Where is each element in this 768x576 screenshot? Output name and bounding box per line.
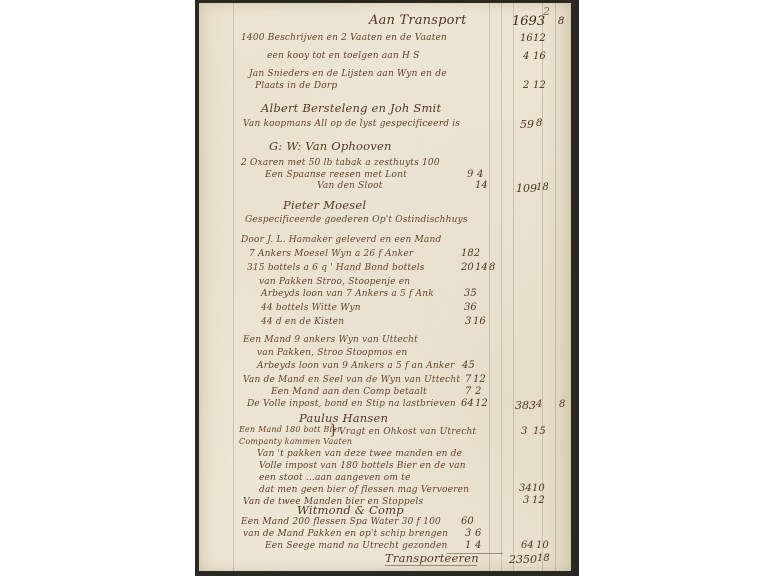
entry-text: Van de Mand en Seel van de Wyn van Uttec… [243, 375, 460, 385]
entry-stuivers: 12 [533, 33, 546, 44]
entry-guilders: 3 [521, 426, 527, 437]
entry-text: van de Mand Pakken en op't schip brengen [243, 529, 448, 539]
entry-text: van Pakken, Stroo Stoopmos en [257, 348, 407, 358]
entry-text: 315 bottels a 6 q ' Hand Bond bottels [247, 263, 425, 273]
entry-text: Plaats in de Dorp [255, 81, 337, 91]
entry-guilders: 36 [464, 302, 477, 313]
section-heading: Pieter Moesel [283, 198, 366, 212]
entry-text: dat men geen bier of flessen mag Vervoer… [259, 485, 469, 495]
margin-rule [233, 3, 234, 571]
entry-guilders: 20 [461, 262, 474, 273]
entry-stuivers: 6 [475, 528, 481, 539]
entry-text: Jan Snieders en de Lijsten aan Wyn en de [249, 69, 447, 79]
section-heading: G: W: Van Ophooven [269, 139, 392, 153]
entry-guilders: 35 [464, 288, 477, 299]
entry-text: Arbeyds loon van 7 Ankers a 5 f Ank [261, 289, 434, 299]
column-rule [513, 3, 514, 571]
entry-guilders: 59 [520, 118, 534, 131]
entry-text: Een Mand 200 flessen Spa Water 30 f 100 [241, 517, 441, 527]
entry-text: Van koopmans All op de lyst gespecificee… [243, 119, 460, 129]
entry-text: Een Mand 180 bott Bier [239, 425, 341, 434]
header-amount-guilders: 1693 [512, 14, 545, 29]
entry-stuivers: 4 [477, 169, 483, 180]
entry-guilders: 16 [520, 33, 533, 44]
entry-stuivers: 16 [533, 51, 546, 62]
section-total-stuivers: 10 [536, 540, 549, 551]
column-rule [555, 3, 556, 571]
entry-guilders: 7 [465, 386, 471, 397]
entry-guilders: 2 [523, 80, 529, 91]
header-amount-penningen: 8 [558, 16, 564, 27]
footer-underline [385, 565, 477, 566]
section-heading: Albert Bersteleng en Joh Smit [261, 101, 441, 115]
column-rule [501, 3, 502, 571]
section-total-guilders: 383 [515, 399, 536, 412]
entry-stuivers: 12 [533, 80, 546, 91]
entry-stuivers: 16 [473, 316, 486, 327]
entry-stuivers: 12 [532, 495, 545, 506]
entry-guilders: 3 [523, 495, 529, 506]
section-total-guilders: 109 [516, 182, 537, 195]
section-total-stuivers: 18 [536, 182, 549, 193]
entry-guilders: 64 [461, 398, 474, 409]
entry-guilders: 4 [523, 51, 529, 62]
footer-label: Transporteeren [385, 551, 479, 565]
section-total-stuivers: 4 [536, 399, 542, 410]
footer-total-stuivers: 18 [537, 553, 550, 564]
entry-stuivers: 12 [475, 398, 488, 409]
entry-text: 2 Oxaren met 50 lb tabak a zesthuyts 100 [241, 158, 440, 168]
section-heading: Witmond & Comp [297, 503, 404, 517]
entry-guilders: 34 [519, 483, 532, 494]
entry-text: 1400 Beschrijven en 2 Vaaten en de Vaate… [241, 33, 447, 43]
brace: } [329, 422, 338, 438]
entry-text: Volle impost van 180 bottels Bier en de … [259, 461, 466, 471]
entry-text: Arbeyds loon van 9 Ankers a 5 f an Anker [257, 361, 455, 371]
entry-text: Van den Sloot [317, 181, 383, 191]
entry-stuivers: 10 [532, 483, 545, 494]
entry-stuivers: 14 [475, 262, 488, 273]
section-subtitle: Gespecificeerde goederen Op't Ostindisch… [245, 215, 468, 225]
entry-guilders: 60 [461, 516, 474, 527]
entry-guilders: 7 [465, 374, 471, 385]
entry-text: een kooy tot en toelgen aan H S [267, 51, 420, 61]
entry-guilders: 1 [465, 540, 471, 551]
entry-stuivers: 12 [473, 374, 486, 385]
entry-text: 7 Ankers Moesel Wyn a 26 f Anker [249, 249, 413, 259]
entry-guilders: 45 [462, 360, 475, 371]
entry-text: Een Spaanse reesen met Lont [265, 170, 407, 180]
footer-total-guilders: 2350 [509, 553, 537, 566]
entry-stuivers: 8 [536, 118, 542, 129]
entry-text: Door J. L. Hamaker geleverd en een Mand [241, 235, 441, 245]
ledger-page: 2 Aan Transport 1693 8 1400 Beschrijven … [199, 3, 571, 571]
entry-text: De Volle inpost, bond en Stip na lastbri… [247, 399, 456, 409]
entry-text: Companty kammen Vaaten [239, 437, 352, 446]
entry-text: een stoot ...aan aangeven om te [259, 473, 410, 483]
entry-stuivers: 2 [475, 386, 481, 397]
entry-text: Van 't pakken van deze twee manden en de [257, 449, 462, 459]
entry-guilders: 3 [465, 316, 471, 327]
section-total-penningen: 8 [559, 399, 565, 410]
entry-guilders: 3 [465, 528, 471, 539]
entry-guilders: 9 [467, 169, 473, 180]
entry-guilders: 182 [461, 248, 480, 259]
entry-text: Een Mand aan den Comp betaalt [271, 387, 427, 397]
entry-stuivers: 4 [475, 540, 481, 551]
column-rule [489, 3, 490, 571]
section-heading: Paulus Hansen [299, 411, 388, 425]
header-title: Aan Transport [369, 13, 467, 28]
entry-text: 44 d en de Kisten [261, 317, 344, 327]
entry-stuivers: 15 [533, 426, 546, 437]
entry-penningen: 8 [489, 262, 495, 273]
entry-text: Een Seege mand na Utrecht gezonden [265, 541, 448, 551]
entry-stuivers: 14 [475, 180, 488, 191]
entry-text: van Pakken Stroo, Stoopenje en [259, 277, 410, 287]
entry-text: Vragt en Ohkost van Utrecht [339, 427, 476, 437]
entry-text: Een Mand 9 ankers Wyn van Uttecht [243, 335, 418, 345]
entry-text: 44 bottels Witte Wyn [261, 303, 361, 313]
section-total-guilders: 64 [521, 540, 534, 551]
